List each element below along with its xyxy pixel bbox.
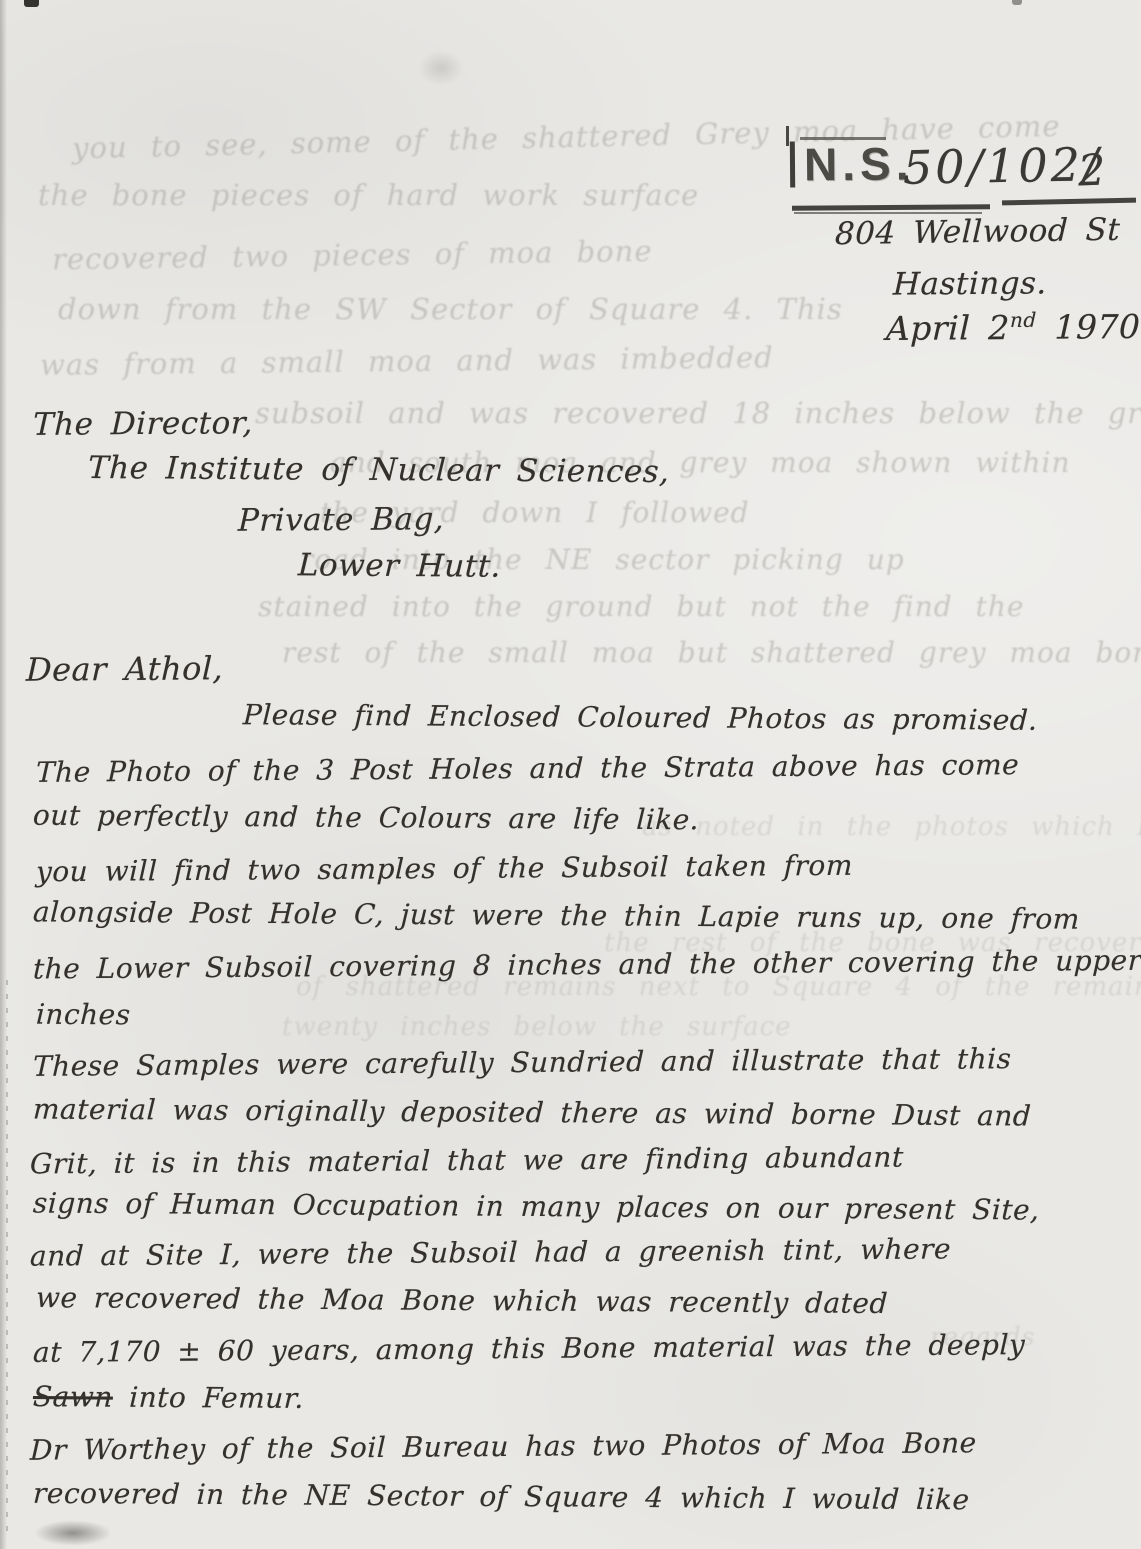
salutation: Dear Athol, xyxy=(25,649,223,689)
body-line: we recovered the Moa Bone which was rece… xyxy=(35,1281,888,1320)
date-year: 1970 xyxy=(1036,307,1141,347)
body-line: The Photo of the 3 Post Holes and the St… xyxy=(36,748,1020,789)
body-line: material was originally deposited there … xyxy=(32,1093,1032,1133)
sender-city: Hastings. xyxy=(893,265,1048,302)
struck-out-word: Sawn xyxy=(32,1380,113,1414)
bleed-through-line: rest of the small moa but shattered grey… xyxy=(282,636,1141,669)
bleed-through-line: twenty inches below the surface xyxy=(282,1012,792,1042)
scan-mark-top-right xyxy=(1012,0,1022,5)
recipient-line: The Director, xyxy=(33,405,254,443)
bleed-through-line: stained into the ground but not the find… xyxy=(258,590,1024,623)
body-line: and at Site I, were the Subsoil had a gr… xyxy=(30,1232,952,1272)
body-line: recovered in the NE Sector of Square 4 w… xyxy=(32,1477,970,1517)
body-line: Dr Worthey of the Soil Bureau has two Ph… xyxy=(30,1426,978,1466)
scan-mark-top-left xyxy=(24,0,39,7)
bleed-through-line: recovered two pieces of moa bone xyxy=(52,234,653,276)
scan-edge-dots xyxy=(6,980,8,1540)
date-ordinal-suffix: nd xyxy=(1010,308,1037,332)
stamp-file-number: 50/102/ xyxy=(903,137,1102,194)
struck-line-rest: into Femur. xyxy=(112,1381,305,1415)
body-line: out perfectly and the Colours are life l… xyxy=(32,799,700,837)
body-line: Grit, it is in this material that we are… xyxy=(30,1141,905,1181)
body-line-with-strikethrough: Sawn into Femur. xyxy=(32,1380,304,1415)
bleed-through-line: subsoil and was recovered 18 inches belo… xyxy=(255,396,1141,430)
bleed-through-line: the bone pieces of hard work surface xyxy=(38,178,699,212)
body-line: inches xyxy=(35,998,131,1032)
body-line: alongside Post Hole C, just were the thi… xyxy=(32,895,1080,935)
sender-address: 804 Wellwood St xyxy=(834,212,1121,253)
scan-smudge-top-center xyxy=(418,50,464,86)
recipient-line: Lower Hutt. xyxy=(297,547,502,584)
stamp-page-number: 2 xyxy=(1077,146,1107,197)
date-day: April 2 xyxy=(885,308,1010,348)
stamp-underline-left xyxy=(792,204,990,210)
stamp-org-initials: N.S. xyxy=(790,140,914,187)
recipient-line: Private Bag, xyxy=(238,501,445,539)
body-opening-line: Please find Enclosed Coloured Photos as … xyxy=(242,698,1038,737)
bleed-through-line: down from the SW Sector of Square 4. Thi… xyxy=(58,292,843,326)
stamp-underline-right xyxy=(1002,198,1136,206)
stamp-border-tick xyxy=(786,126,789,146)
body-line: signs of Human Occupation in many places… xyxy=(32,1186,1040,1226)
letter-scan-page: you to see, some of the shattered Grey m… xyxy=(0,0,1141,1549)
recipient-line: The Institute of Nuclear Sciences, xyxy=(87,450,670,490)
body-line: at 7,170 ± 60 years, among this Bone mat… xyxy=(33,1328,1026,1369)
letter-date: April 2nd 1970 xyxy=(885,307,1141,348)
body-line: you will find two samples of the Subsoil… xyxy=(36,849,854,888)
body-line: These Samples were carefully Sundried an… xyxy=(33,1042,1012,1083)
bleed-through-line: as noted in the photos which Dr Worthey … xyxy=(642,812,1141,842)
bleed-through-line: was from a small moa and was imbedded xyxy=(40,340,774,382)
scan-smudge-bottom-left xyxy=(34,1520,112,1546)
